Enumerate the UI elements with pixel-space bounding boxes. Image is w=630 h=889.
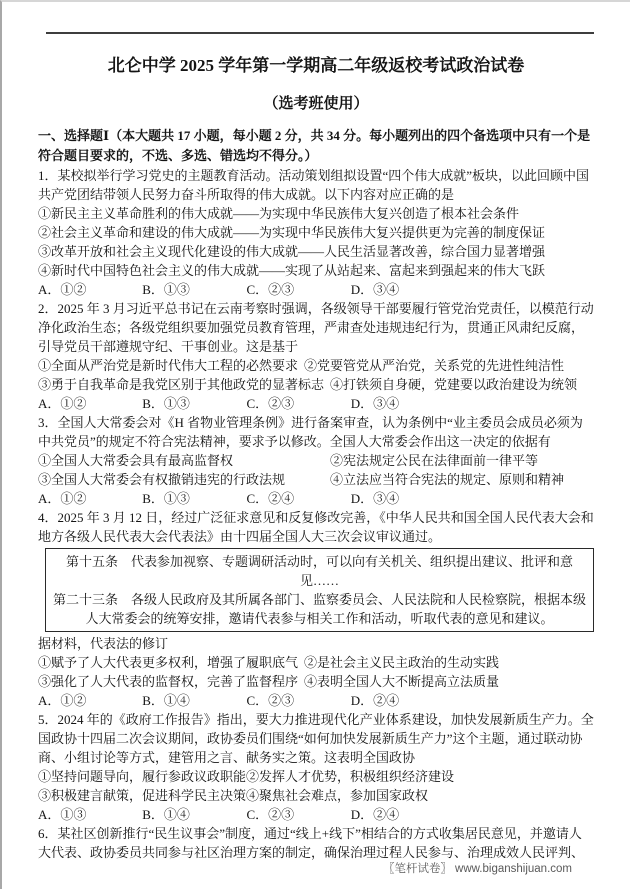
footer-brand: 〖笔杆试卷〗 xyxy=(383,863,452,875)
question-3-items-row-2: ③全国人大常委会有权撤销违宪的行政法规④立法应当符合宪法的规定、原则和精神 xyxy=(38,470,594,489)
question-5-items-row-1: ①坚持问题导向，履行参政议政职能②发挥人才优势，积极组织经济建设 xyxy=(38,767,594,786)
choice-d: D．②④ xyxy=(351,805,399,824)
law-article-15: 第十五条 代表参加视察、专题调研活动时，可以向有关机关、组织提出建议、批评和意见… xyxy=(53,552,586,590)
question-1-choices: A．①② B．①③ C．②③ D．③④ xyxy=(38,280,594,299)
question-5-item-2: ②发挥人才优势，积极组织经济建设 xyxy=(246,769,454,784)
question-3-item-3: ③全国人大常委会有权撤销违宪的行政法规 xyxy=(38,470,330,489)
exam-page: 北仑中学 2025 学年第一学期高二年级返校考试政治试卷 （选考班使用） 一、选… xyxy=(0,0,630,889)
choice-b: B．①③ xyxy=(142,489,243,508)
question-1-item-1: ①新民主主义革命胜利的伟大成就——为实现中华民族伟大复兴创造了根本社会条件 xyxy=(38,204,594,223)
footer-watermark: 〖笔杆试卷〗www.biganshijuan.com xyxy=(383,862,572,877)
question-4-item-3: ③强化了人大代表的监督权，完善了监督程序 xyxy=(38,674,298,689)
choice-a: A．①② xyxy=(38,280,139,299)
question-4-choices: A．①② B．①④ C．②③ D．②④ xyxy=(38,691,594,710)
question-4: 4．2025 年 3 月 12 日，经过广泛征求意见和反复修改完善，《中华人民共… xyxy=(38,508,594,710)
choice-c: C．②③ xyxy=(247,280,348,299)
question-1-item-2: ②社会主义革命和建设的伟大成就——为实现中华民族伟大复兴提供更为完善的制度保证 xyxy=(38,223,594,242)
law-excerpt-box: 第十五条 代表参加视察、专题调研活动时，可以向有关机关、组织提出建议、批评和意见… xyxy=(45,548,594,632)
question-1-item-3: ③改革开放和社会主义现代化建设的伟大成就——人民生活显著改善，综合国力显著增强 xyxy=(38,242,594,261)
choice-c: C．②③ xyxy=(247,805,348,824)
choice-a: A．①③ xyxy=(38,805,139,824)
question-5-choices: A．①③ B．①④ C．②③ D．②④ xyxy=(38,805,594,824)
question-1: 1．某校拟举行学习党史的主题教育活动。活动策划组拟设置“四个伟大成就”板块，以此… xyxy=(38,166,594,299)
choice-c: C．②④ xyxy=(247,489,348,508)
question-1-stem: 1．某校拟举行学习党史的主题教育活动。活动策划组拟设置“四个伟大成就”板块，以此… xyxy=(38,166,594,204)
header-rule xyxy=(46,32,594,34)
choice-d: D．③④ xyxy=(351,489,399,508)
question-3-choices: A．①② B．①③ C．②④ D．③④ xyxy=(38,489,594,508)
question-3-item-2: ②宪法规定公民在法律面前一律平等 xyxy=(330,453,538,468)
question-5-item-1: ①坚持问题导向，履行参政议政职能 xyxy=(38,769,246,784)
question-4-stem: 4．2025 年 3 月 12 日，经过广泛征求意见和反复修改完善，《中华人民共… xyxy=(38,508,594,546)
question-5-item-3: ③积极建言献策，促进科学民主决策 xyxy=(38,788,246,803)
question-2-choices: A．①② B．①③ C．②③ D．③④ xyxy=(38,394,594,413)
question-4-item-4: ④表明全国人大不断提高立法质量 xyxy=(304,674,499,689)
question-3: 3．全国人大常委会对《H 省物业管理条例》进行备案审查，认为条例中“业主委员会成… xyxy=(38,413,594,508)
question-4-item-2: ②是社会主义民主政治的生动实践 xyxy=(304,655,499,670)
question-2-item-3: ③勇于自我革命是我党区别于其他政党的显著标志 xyxy=(38,377,324,392)
question-5-item-4: ④聚焦社会难点，参加国家政权 xyxy=(246,788,428,803)
choice-b: B．①③ xyxy=(142,280,243,299)
exam-subtitle: （选考班使用） xyxy=(38,93,594,115)
question-1-item-4: ④新时代中国特色社会主义的伟大成就——实现了从站起来、富起来到强起来的伟大飞跃 xyxy=(38,261,594,280)
question-3-items-row-1: ①全国人大常委会具有最高监督权②宪法规定公民在法律面前一律平等 xyxy=(38,451,594,470)
exam-title: 北仑中学 2025 学年第一学期高二年级返校考试政治试卷 xyxy=(38,54,594,78)
section-heading: 一、选择题Ⅰ（本大题共 17 小题，每小题 2 分，共 34 分。每小题列出的四… xyxy=(38,126,594,166)
question-2-items-row-2: ③勇于自我革命是我党区别于其他政党的显著标志④打铁须自身硬，党建要以政治建设为统… xyxy=(38,375,594,394)
question-3-stem: 3．全国人大常委会对《H 省物业管理条例》进行备案审查，认为条例中“业主委员会成… xyxy=(38,413,594,451)
question-2-item-2: ②党要管党从严治党，关系党的先进性纯洁性 xyxy=(304,358,564,373)
question-2-item-1: ①全面从严治党是新时代伟大工程的必然要求 xyxy=(38,358,298,373)
choice-c: C．②③ xyxy=(247,394,348,413)
question-5-stem: 5．2024 年的《政府工作报告》指出，要大力推进现代化产业体系建设，加快发展新… xyxy=(38,710,594,767)
question-4-lead-in: 据材料，代表法的修订 xyxy=(38,634,594,653)
choice-b: B．①③ xyxy=(142,394,243,413)
question-2-stem: 2．2025 年 3 月习近平总书记在云南考察时强调，各级领导干部要履行管党治党… xyxy=(38,299,594,356)
choice-a: A．①② xyxy=(38,489,139,508)
question-3-item-4: ④立法应当符合宪法的规定、原则和精神 xyxy=(330,472,564,487)
footer-url: www.biganshijuan.com xyxy=(455,863,572,875)
choice-d: D．③④ xyxy=(351,394,399,413)
question-5-items-row-2: ③积极建言献策，促进科学民主决策④聚焦社会难点，参加国家政权 xyxy=(38,786,594,805)
question-3-item-1: ①全国人大常委会具有最高监督权 xyxy=(38,451,330,470)
question-2-item-4: ④打铁须自身硬，党建要以政治建设为统领 xyxy=(330,377,577,392)
question-4-items-row-1: ①赋予了人大代表更多权利，增强了履职底气②是社会主义民主政治的生动实践 xyxy=(38,653,594,672)
choice-d: D．②④ xyxy=(351,691,399,710)
choice-d: D．③④ xyxy=(351,280,399,299)
question-6-stem: 6．某社区创新推行“民生议事会”制度，通过“线上+线下”相结合的方式收集居民意见… xyxy=(38,824,594,862)
question-6: 6．某社区创新推行“民生议事会”制度，通过“线上+线下”相结合的方式收集居民意见… xyxy=(38,824,594,862)
question-4-item-1: ①赋予了人大代表更多权利，增强了履职底气 xyxy=(38,655,298,670)
law-article-23: 第二十三条 各级人民政府及其所属各部门、监察委员会、人民法院和人民检察院，根据本… xyxy=(53,590,586,628)
question-5: 5．2024 年的《政府工作报告》指出，要大力推进现代化产业体系建设，加快发展新… xyxy=(38,710,594,824)
question-2-items-row-1: ①全面从严治党是新时代伟大工程的必然要求②党要管党从严治党，关系党的先进性纯洁性 xyxy=(38,356,594,375)
choice-b: B．①④ xyxy=(142,805,243,824)
choice-a: A．①② xyxy=(38,691,139,710)
choice-a: A．①② xyxy=(38,394,139,413)
choice-c: C．②③ xyxy=(247,691,348,710)
question-4-items-row-2: ③强化了人大代表的监督权，完善了监督程序④表明全国人大不断提高立法质量 xyxy=(38,672,594,691)
choice-b: B．①④ xyxy=(142,691,243,710)
question-2: 2．2025 年 3 月习近平总书记在云南考察时强调，各级领导干部要履行管党治党… xyxy=(38,299,594,413)
